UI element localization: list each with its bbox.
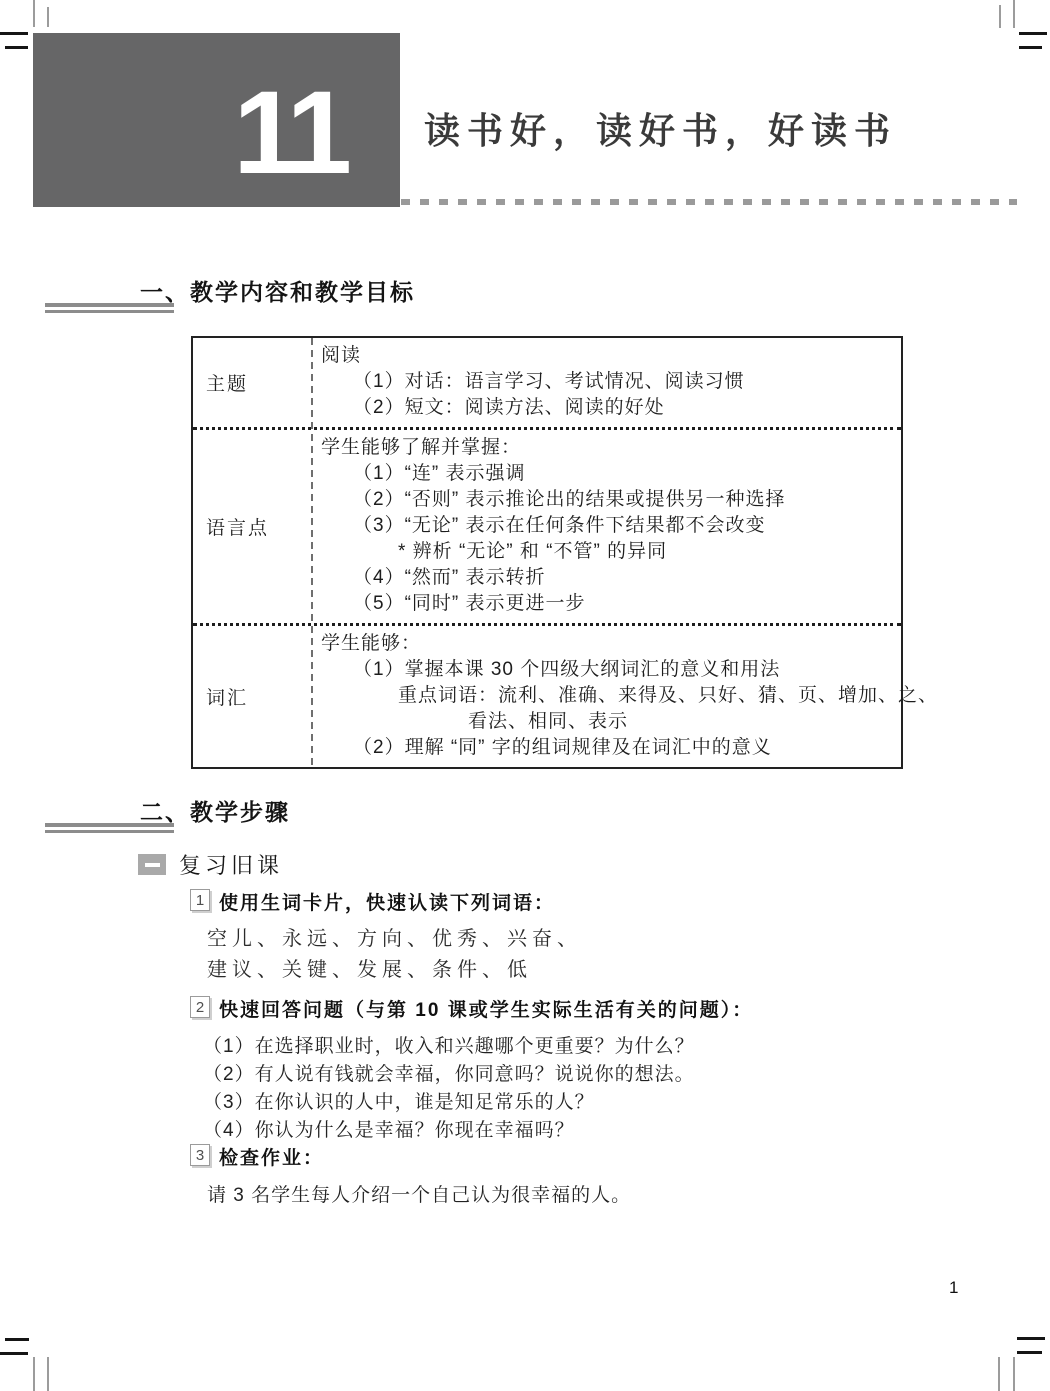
crop-mark [1013, 1357, 1015, 1391]
section2-underline [45, 823, 174, 833]
underline-bar [45, 303, 174, 307]
crop-mark [1019, 46, 1042, 49]
section-marker-badge [138, 854, 166, 875]
crop-mark [998, 1357, 1000, 1391]
table-cell-line: （1）掌握本课 30 个四级大纲词汇的意义和用法 [321, 657, 938, 683]
table-cell-line: 重点词语：流利、准确、来得及、只好、猜、页、增加、之、 [321, 683, 938, 709]
crop-mark [47, 7, 49, 27]
table-cell-line: （2）短文：阅读方法、阅读的好处 [321, 395, 897, 421]
table-cell-line: （4）“然而” 表示转折 [321, 565, 897, 591]
step-body: 空儿、永远、方向、优秀、兴奋、 建议、关键、发展、条件、低 [207, 924, 582, 986]
step-title: 快速回答问题（与第 10 课或学生实际生活有关的问题）： [219, 995, 753, 1022]
instruction-line: 请 3 名学生每人介绍一个自己认为很幸福的人。 [207, 1182, 631, 1210]
table-cell-line: 学生能够了解并掌握： [321, 435, 897, 461]
step-number-badge: 2 [190, 996, 210, 1018]
crop-mark [0, 1352, 28, 1355]
crop-mark [1017, 1337, 1045, 1340]
table-row-content: 阅读 （1）对话：语言学习、考试情况、阅读习惯 （2）短文：阅读方法、阅读的好处 [311, 338, 901, 427]
table-row-content: 学生能够： （1）掌握本课 30 个四级大纲词汇的意义和用法 重点词语：流利、准… [311, 626, 942, 767]
crop-mark [33, 0, 35, 27]
table-cell-line: （2）“否则” 表示推论出的结果或提供另一种选择 [321, 487, 897, 513]
step-heading-row: 2 快速回答问题（与第 10 课或学生实际生活有关的问题）： [190, 995, 753, 1022]
crop-mark [1019, 32, 1047, 35]
underline-bar [45, 830, 174, 833]
crop-mark [5, 1338, 29, 1341]
dashed-rule [401, 199, 1017, 205]
table-row-language-points: 语言点 学生能够了解并掌握： （1）“连” 表示强调 （2）“否则” 表示推论出… [193, 427, 901, 623]
word-list-line: 建议、关键、发展、条件、低 [207, 955, 582, 986]
word-list-line: 空儿、永远、方向、优秀、兴奋、 [207, 924, 582, 955]
crop-mark [5, 46, 28, 49]
table-cell-line: （5）“同时” 表示更进一步 [321, 591, 897, 617]
table-row-label: 主题 [193, 338, 311, 427]
lesson-number: 11 [233, 69, 346, 197]
table-row-theme: 主题 阅读 （1）对话：语言学习、考试情况、阅读习惯 （2）短文：阅读方法、阅读… [193, 338, 901, 427]
table-row-vocabulary: 词汇 学生能够： （1）掌握本课 30 个四级大纲词汇的意义和用法 重点词语：流… [193, 623, 901, 767]
table-row-content: 学生能够了解并掌握： （1）“连” 表示强调 （2）“否则” 表示推论出的结果或… [311, 430, 901, 623]
section1-underline [45, 303, 174, 313]
table-cell-line: * 辨析 “无论” 和 “不管” 的异同 [321, 539, 897, 565]
crop-mark [0, 32, 28, 35]
step-number-badge: 3 [190, 1144, 210, 1166]
section1-heading: 一、教学内容和教学目标 [140, 274, 415, 307]
crop-mark [33, 1357, 35, 1391]
table-cell-line: 看法、相同、表示 [321, 709, 938, 735]
step-1: 1 使用生词卡片，快速认读下列词语： 空儿、永远、方向、优秀、兴奋、 建议、关键… [190, 888, 582, 986]
subsection-label: 复习旧课 [179, 849, 283, 880]
underline-bar [45, 310, 174, 313]
question-line: （1）在选择职业时，收入和兴趣哪个更重要？为什么？ [203, 1033, 753, 1061]
table-cell-line: 学生能够： [321, 631, 938, 657]
table-cell-line: （2）理解 “同” 字的组词规律及在词汇中的意义 [321, 735, 938, 761]
step-number-badge: 1 [190, 889, 210, 911]
step-title: 使用生词卡片，快速认读下列词语： [219, 888, 555, 915]
lesson-number-box: 11 [33, 33, 400, 207]
table-cell-line: （1）对话：语言学习、考试情况、阅读习惯 [321, 369, 897, 395]
table-cell-line: 阅读 [321, 343, 897, 369]
step-heading-row: 3 检查作业： [190, 1143, 631, 1170]
objectives-table: 主题 阅读 （1）对话：语言学习、考试情况、阅读习惯 （2）短文：阅读方法、阅读… [191, 336, 903, 769]
table-cell-line: （3）“无论” 表示在任何条件下结果都不会改变 [321, 513, 897, 539]
question-line: （2）有人说有钱就会幸福，你同意吗？说说你的想法。 [203, 1061, 753, 1089]
step-2: 2 快速回答问题（与第 10 课或学生实际生活有关的问题）： （1）在选择职业时… [190, 995, 753, 1145]
crop-mark [999, 5, 1001, 28]
dash-icon [145, 863, 160, 867]
step-3: 3 检查作业： 请 3 名学生每人介绍一个自己认为很幸福的人。 [190, 1143, 631, 1210]
page-number: 1 [949, 1278, 958, 1298]
table-row-label: 词汇 [193, 626, 311, 767]
table-cell-line: （1）“连” 表示强调 [321, 461, 897, 487]
question-line: （4）你认为什么是幸福？你现在幸福吗？ [203, 1117, 753, 1145]
lesson-title: 读书好，读好书，好读书 [424, 103, 897, 154]
textbook-page: 11 读书好，读好书，好读书 一、教学内容和教学目标 主题 阅读 （1）对话：语… [0, 0, 1050, 1391]
underline-bar [45, 823, 174, 827]
crop-mark [1013, 0, 1015, 28]
table-row-label: 语言点 [193, 430, 311, 623]
question-line: （3）在你认识的人中，谁是知足常乐的人？ [203, 1089, 753, 1117]
step-heading-row: 1 使用生词卡片，快速认读下列词语： [190, 888, 582, 915]
crop-mark [1017, 1351, 1042, 1354]
step-title: 检查作业： [219, 1143, 324, 1170]
step-body: （1）在选择职业时，收入和兴趣哪个更重要？为什么？ （2）有人说有钱就会幸福，你… [203, 1033, 753, 1145]
step-body: 请 3 名学生每人介绍一个自己认为很幸福的人。 [207, 1182, 631, 1210]
subsection-review: 复习旧课 [138, 849, 283, 880]
crop-mark [47, 1357, 49, 1391]
